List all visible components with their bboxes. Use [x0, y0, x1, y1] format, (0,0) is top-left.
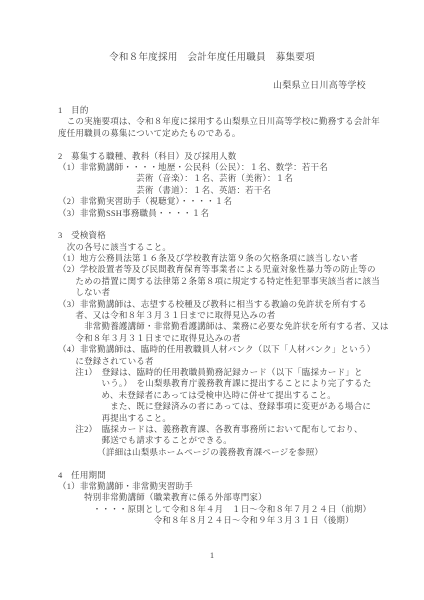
document-line: ための措置に関する法律第２条第８項に規定する特定性犯罪事実該当者に該当 [58, 276, 378, 287]
document-line: （1）地方公務員法第１６条及び学校教育法第９条の欠格条項に該当しない者 [58, 253, 378, 264]
document-line: め、未登録者にあっては受検申込時に併せて提出すること。 [58, 390, 378, 401]
document-line: （4）非常勤講師は、臨時的任用教職員人材バンク（以下「人材バンク」という） [58, 344, 378, 355]
document-line: この実施要項は、令和８年度に採用する山梨県立日川高等学校に勤務する会計年 [58, 116, 378, 127]
document-line: 令和８年８月２４日～令和９年３月３１日（後期） [58, 515, 378, 526]
document-title: 令和８年度採用 会計年度任用職員 募集要項 [0, 52, 424, 64]
document-line: 注1） 登録は、臨時的任用教職員勤務記録カード（以下「臨採カード」と [58, 367, 378, 378]
document-line: 3 受検資格 [58, 230, 378, 241]
document-line: また、既に登録済みの者にあっては、登録事項に変更がある場合に [58, 401, 378, 412]
document-line: 4 任用期間 [58, 470, 378, 481]
document-line [58, 219, 378, 230]
document-line: 芸術（音楽）：１名、芸術（美術）：１名 [58, 173, 378, 184]
document-line: （2）非常勤実習助手（視聴覚）・・・・１名 [58, 196, 378, 207]
document-line: （3）非常勤SSH事務職員・・・・１名 [58, 208, 378, 219]
school-name: 山梨県立日川高等学校 [273, 79, 366, 91]
document-line: （1）非常勤講師・非常勤実習助手 [58, 481, 378, 492]
document-line: （3）非常勤講師は、志望する校種及び教科に相当する教諭の免許状を所有する [58, 299, 378, 310]
document-line [58, 458, 378, 469]
document-line: 注2） 臨採カードは、義務教育課、各教育事務所において配布しており、 [58, 424, 378, 435]
document-line: （1）非常勤講師・・・・地歴・公民科（公民）：１名、数学：若干名 [58, 162, 378, 173]
document-line: （2）学校設置者等及び民間教育保育等事業者による児童対象性暴力等の防止等の [58, 264, 378, 275]
document-line [58, 139, 378, 150]
document-line: 度任用職員の募集について定めたものである。 [58, 128, 378, 139]
document-page: 令和８年度採用 会計年度任用職員 募集要項 山梨県立日川高等学校 1 目的 この… [0, 0, 424, 600]
document-line: 芸術（書道）：１名、英語：若干名 [58, 185, 378, 196]
document-body: 1 目的 この実施要項は、令和８年度に採用する山梨県立日川高等学校に勤務する会計… [58, 105, 378, 526]
document-line: 郵送でも請求することができる。 [58, 435, 378, 446]
document-line: 1 目的 [58, 105, 378, 116]
document-line: 特別非常勤講師（職業教育に係る外部専門家） [58, 492, 378, 503]
document-line: に登録されている者 [58, 356, 378, 367]
document-line: いう。） を山梨県教育庁義務教育課に提出することにより完了するた [58, 378, 378, 389]
document-line: 非常勤養護講師・非常勤看護講師は、業務に必要な免許状を所有する者、又は [58, 321, 378, 332]
document-line: ・・・・原則として令和８年４月 １日～令和８年７月２４日（前期） [58, 504, 378, 515]
document-line: 者、又は令和８年３月３１日までに取得見込みの者 [58, 310, 378, 321]
document-line: 次の各号に該当すること。 [58, 242, 378, 253]
page-number: 1 [0, 551, 424, 561]
document-line: 2 募集する職種、教科（科目）及び採用人数 [58, 151, 378, 162]
document-line: しない者 [58, 287, 378, 298]
document-line: 令和８年３月３１日までに取得見込みの者 [58, 333, 378, 344]
document-line: （詳細は山梨県ホームページの義務教育課ページを参照） [58, 447, 378, 458]
document-line: 再提出すること。 [58, 413, 378, 424]
